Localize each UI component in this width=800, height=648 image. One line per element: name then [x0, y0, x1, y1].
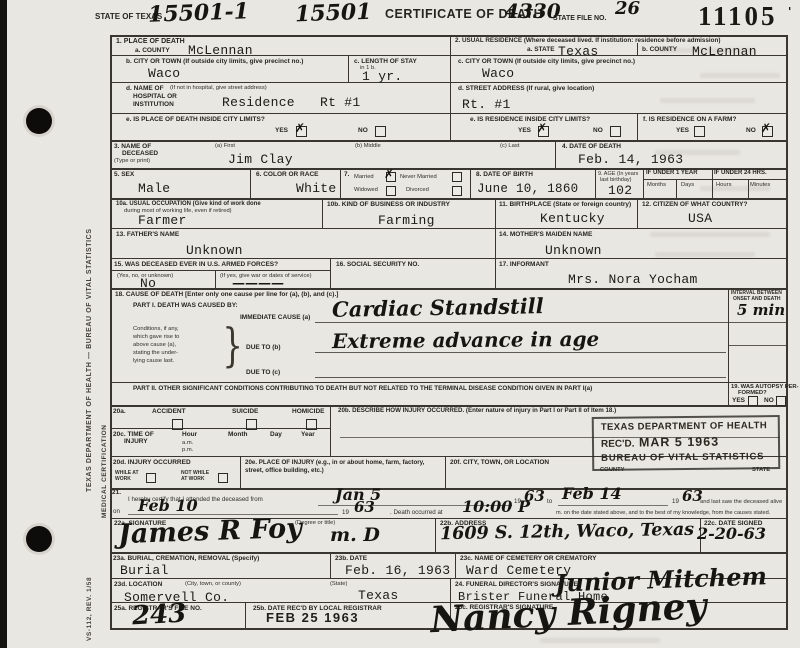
field-18-conditions-line4: stating the under- — [133, 350, 178, 356]
field-14-mother-value: Unknown — [545, 243, 602, 258]
checkbox-place-no — [375, 126, 386, 137]
stamp-line3: BUREAU OF VITAL STATISTICS — [601, 451, 778, 464]
field-2a-state-label: a. STATE — [527, 46, 555, 53]
field-18-part2-label: PART II. OTHER SIGNIFICANT CONDITIONS CO… — [133, 386, 592, 393]
field-3a-first-label: (a) First — [215, 143, 235, 149]
stray-pen-mark: ' — [788, 6, 791, 17]
writing-line — [558, 505, 668, 506]
checkbox-while-at-work — [146, 473, 156, 483]
checkmark-place-yes: ✗ — [295, 121, 305, 135]
field-18-immediate-label: IMMEDIATE CAUSE (a) — [240, 314, 310, 321]
field-7-married-label: Married — [354, 174, 374, 180]
field-20c-month-label: Month — [228, 431, 248, 438]
field-11-birthplace-value: Kentucky — [540, 211, 605, 226]
rule — [330, 552, 331, 578]
field-25b-date-recd-stamp: FEB 25 1963 — [266, 611, 359, 625]
field-2b-county-label: b. COUNTY — [642, 46, 677, 53]
field-3b-middle-label: (b) Middle — [355, 143, 381, 149]
field-5-sex-value: Male — [138, 181, 170, 196]
margin-agency-text: TEXAS DEPARTMENT OF HEALTH — BUREAU OF V… — [86, 228, 93, 492]
checkbox-farm-yes — [694, 126, 705, 137]
field-9-under1-label: IF UNDER 1 YEAR — [646, 170, 698, 177]
field-1a-county-value: McLennan — [188, 43, 253, 58]
rule — [455, 552, 456, 578]
rule — [110, 382, 786, 383]
field-4-date-of-death-label: 4. DATE OF DEATH — [562, 143, 621, 150]
rule — [637, 198, 638, 228]
field-15-dashes: ———— — [232, 277, 284, 290]
field-9-days-label: Days — [681, 182, 694, 188]
field-2e-limits-label: e. IS RESIDENCE INSIDE CITY LIMITS? — [470, 116, 590, 123]
field-10a-occupation-value: Farmer — [138, 213, 187, 228]
field-2d-street-label: d. STREET ADDRESS (If rural, give locati… — [458, 85, 594, 92]
field-1b-city-label: b. CITY OR TOWN (If outside city limits,… — [126, 58, 303, 65]
field-13-father-label: 13. FATHER'S NAME — [116, 231, 179, 238]
field-10b-industry-label: 10b. KIND OF BUSINESS OR INDUSTRY — [327, 201, 450, 208]
field-14-mother-label: 14. MOTHER'S MAIDEN NAME — [499, 231, 592, 238]
field-2a-state-value: Texas — [558, 44, 599, 59]
field-7-widowed-label: Widowed — [354, 187, 378, 193]
handwritten-number-2: 15501 — [295, 1, 372, 26]
checkbox-homicide — [306, 419, 317, 430]
rule — [110, 288, 786, 290]
rule — [240, 456, 241, 488]
field-20e-place-label: 20e. PLACE OF INJURY (e.g., in or about … — [245, 459, 437, 475]
punch-hole-top — [26, 108, 52, 134]
field-3c-last-label: (c) Last — [500, 143, 519, 149]
writing-line — [728, 345, 786, 346]
checkbox-divorced — [452, 186, 462, 196]
field-9-under24-label: IF UNDER 24 HRS. — [714, 170, 767, 177]
field-13-father-value: Unknown — [186, 243, 243, 258]
bleedthrough-mark — [650, 232, 770, 237]
punch-hole-bottom — [26, 526, 52, 552]
checkmark-married: ✗ — [384, 167, 394, 181]
field-2b-county-value: McLennan — [692, 44, 757, 59]
field-21-last-seen-date: Feb 10 — [138, 498, 198, 514]
field-22a-degree-value: m. D — [330, 526, 380, 545]
stamp-line1: TEXAS DEPARTMENT OF HEALTH — [601, 420, 778, 433]
margin-form-number: VS-112, REV. 1/58 — [86, 577, 93, 641]
rule — [495, 198, 496, 288]
checkmark-residence-yes: ✗ — [537, 121, 547, 135]
field-17-informant-label: 17. INFORMANT — [499, 261, 549, 268]
field-23b-date-label: 23b. DATE — [335, 555, 367, 562]
field-15-armed-forces-label: 15. WAS DECEASED EVER IN U.S. ARMED FORC… — [114, 261, 278, 268]
field-23d-state-value: Texas — [358, 588, 399, 603]
rule — [643, 168, 644, 198]
field-1e-yes-label: YES — [275, 127, 288, 134]
checkbox-residence-no — [610, 126, 621, 137]
field-1-title: 1. PLACE OF DEATH — [116, 38, 185, 46]
field-21-to: to — [547, 499, 552, 506]
field-1e-limits-label: e. IS PLACE OF DEATH INSIDE CITY LIMITS? — [126, 116, 265, 123]
rule — [110, 35, 112, 630]
handwritten-number-1: 15501-1 — [148, 0, 250, 26]
field-21-text4: m. on the date stated above, and to the … — [556, 510, 770, 516]
field-21-text2: and last saw the deceased alive — [700, 499, 782, 505]
margin-medical-certification: MEDICAL CERTIFICATION — [101, 424, 108, 518]
field-7-divorced-label: Divorced — [406, 187, 429, 193]
rule — [786, 35, 788, 630]
field-9-minutes-label: Minutes — [750, 182, 770, 188]
field-19-yes-label: YES — [732, 397, 745, 404]
rule — [215, 270, 216, 288]
field-20d-while-label2: WORK — [115, 477, 131, 483]
field-23d-location-label: 23d. LOCATION — [114, 581, 162, 588]
field-23b-date-value: Feb. 16, 1963 — [345, 563, 450, 578]
rule — [595, 168, 596, 198]
field-1b-city-value: Waco — [148, 66, 180, 81]
field-2d-street-value: Rt. #1 — [462, 97, 511, 112]
field-25a-file-no-value: 243 — [131, 601, 187, 630]
field-20d-notwhile-label2: AT WORK — [181, 477, 205, 483]
field-22b-address-value: 1609 S. 12th, Waco, Texas — [440, 522, 694, 544]
field-18-due-b-label: DUE TO (b) — [246, 344, 281, 351]
rule — [676, 179, 677, 198]
field-18-conditions-line2: which gave rise to — [133, 334, 179, 340]
field-18-due-c-label: DUE TO (c) — [246, 369, 280, 376]
rule — [445, 456, 446, 488]
field-2c-city-value: Waco — [482, 66, 514, 81]
field-1d-institution-label: d. NAME OF — [126, 85, 164, 92]
field-18-conditions-line1: Conditions, if any, — [133, 326, 179, 332]
field-2e-yes-label: YES — [518, 127, 531, 134]
rule — [748, 179, 749, 198]
rule — [435, 518, 436, 552]
field-8-dob-label: 8. DATE OF BIRTH — [476, 171, 533, 178]
rule — [245, 602, 246, 629]
field-21-attended-to: Feb 14 — [562, 486, 622, 502]
field-20a-accident-label: ACCIDENT — [152, 408, 186, 415]
field-18-part1-label: PART I. DEATH WAS CAUSED BY: — [133, 302, 238, 309]
field-1e-no-label: NO — [358, 127, 368, 134]
field-18-conditions-line5: lying cause last. — [133, 358, 174, 364]
rule — [340, 168, 341, 198]
stamp-date: MAR 5 1963 — [639, 435, 719, 450]
rule — [637, 113, 638, 140]
field-20f-city-label: 20f. CITY, TOWN, OR LOCATION — [450, 459, 549, 466]
field-2c-city-label: c. CITY OR TOWN (If outside city limits,… — [458, 58, 635, 65]
checkbox-accident — [172, 419, 183, 430]
field-18-cause-b-value: Extreme advance in age — [332, 329, 599, 351]
field-20a-homicide-label: HOMICIDE — [292, 408, 325, 415]
field-8-dob-value: June 10, 1860 — [477, 182, 578, 196]
field-18-cause-a-value: Cardiac Standstill — [332, 295, 544, 320]
field-9-hours-label: Hours — [716, 182, 731, 188]
rule — [348, 55, 349, 82]
handwritten-small-number: 26 — [615, 0, 640, 18]
writing-line — [315, 322, 787, 323]
rule — [330, 258, 331, 288]
field-17-informant-value: Mrs. Nora Yocham — [568, 272, 698, 287]
writing-line — [315, 377, 726, 378]
field-20c-hour-label: Hour — [182, 431, 197, 438]
field-19-no-label: NO — [764, 397, 774, 404]
field-21-text3: . Death occurred at — [390, 510, 443, 517]
rule — [110, 228, 786, 229]
field-23d-state-label: (State) — [330, 581, 347, 587]
bleedthrough-mark — [700, 73, 780, 78]
field-2f-yes-label: YES — [676, 127, 689, 134]
checkbox-widowed — [386, 186, 396, 196]
conditions-brace: } — [222, 322, 242, 368]
field-12-citizen-value: USA — [688, 211, 712, 226]
field-1a-county-label: a. COUNTY — [135, 47, 170, 54]
rule — [110, 113, 786, 114]
field-3-title2: DECEASED — [122, 150, 158, 157]
field-1d-institution-label3: INSTITUTION — [133, 101, 174, 108]
rule — [250, 168, 251, 198]
field-10b-industry-value: Farming — [378, 213, 435, 228]
field-18-conditions-line3: above cause (a), — [133, 342, 176, 348]
death-certificate-scan: TEXAS DEPARTMENT OF HEALTH — BUREAU OF V… — [0, 0, 800, 648]
field-20c-am-label: a.m. — [182, 440, 193, 446]
bleedthrough-mark — [660, 98, 755, 103]
field-23a-burial-value: Burial — [120, 563, 169, 578]
rule — [450, 35, 451, 140]
rule — [728, 288, 729, 405]
state-file-no-label: STATE FILE NO. — [553, 15, 606, 23]
field-20d-injury-occurred-label: 20d. INJURY OCCURRED — [113, 459, 191, 466]
field-18-interval-value: 5 min — [737, 303, 785, 318]
field-20a-num: 20a. — [113, 408, 126, 415]
rule — [555, 140, 556, 168]
field-18-cause-label: 18. CAUSE OF DEATH [Enter only one cause… — [115, 291, 338, 298]
stamp-recd: REC'D. — [601, 439, 635, 450]
field-2f-farm-label: f. IS RESIDENCE ON A FARM? — [643, 116, 736, 123]
field-2e-no-label: NO — [593, 127, 603, 134]
serial-number: 11105 — [698, 2, 778, 32]
field-22c-date-signed-value: 2-20-63 — [697, 526, 766, 542]
rule — [110, 140, 786, 142]
rule — [110, 82, 786, 83]
field-7-never-married-label: Never Married — [400, 174, 437, 180]
rule — [110, 258, 786, 259]
field-1d-institution-value: Residence — [222, 95, 295, 110]
field-20c-pm-label: p.m. — [182, 447, 193, 453]
bleedthrough-mark — [655, 252, 755, 257]
field-6-race-label: 6. COLOR OR RACE — [256, 171, 318, 178]
field-3-name-value: Jim Clay — [228, 152, 293, 167]
field-9-months-label: Months — [647, 182, 666, 188]
field-20c-year-label: Year — [301, 431, 315, 438]
rule — [110, 198, 786, 200]
rule — [110, 270, 330, 271]
checkbox-never-married — [452, 172, 462, 182]
field-15-value: No — [140, 276, 156, 291]
received-stamp: TEXAS DEPARTMENT OF HEALTH REC'D. MAR 5 … — [592, 415, 781, 471]
field-5-sex-label: 5. SEX — [114, 171, 134, 178]
rule — [470, 168, 471, 198]
field-7-num: 7. — [344, 171, 349, 178]
checkbox-autopsy-no — [776, 396, 786, 406]
field-2f-no-label: NO — [746, 127, 756, 134]
field-4-date-of-death-value: Feb. 14, 1963 — [578, 152, 683, 167]
bleedthrough-mark — [540, 638, 660, 643]
checkbox-autopsy-yes — [748, 396, 758, 406]
physician-signature: James R Foy — [118, 515, 303, 548]
field-21-death-time: 10:00 P — [462, 499, 530, 515]
rule — [110, 428, 330, 429]
field-23a-burial-label: 23a. BURIAL, CREMATION, REMOVAL (Specify… — [113, 555, 259, 562]
field-9-age-value: 102 — [608, 183, 632, 198]
field-12-citizen-label: 12. CITIZEN OF WHAT COUNTRY? — [642, 201, 747, 208]
scan-edge — [0, 0, 7, 648]
rule — [643, 179, 786, 180]
rule — [712, 168, 713, 198]
field-11-birthplace-label: 11. BIRTHPLACE (State or foreign country… — [499, 201, 631, 208]
field-16-ssn-label: 16. SOCIAL SECURITY NO. — [336, 261, 419, 268]
checkmark-farm-no: ✗ — [761, 121, 771, 135]
field-20c-day-label: Day — [270, 431, 282, 438]
rule — [330, 405, 331, 456]
checkbox-not-while-at-work — [218, 473, 228, 483]
field-20b-describe-label: 20b. DESCRIBE HOW INJURY OCCURRED. (Ente… — [338, 408, 616, 415]
rule — [110, 552, 786, 554]
field-1d-institution-value2: Rt #1 — [320, 95, 361, 110]
field-1d-institution-label2: HOSPITAL OR — [133, 93, 177, 100]
field-21-year3: 63 — [354, 500, 375, 515]
stamp-line2: REC'D. MAR 5 1963 — [601, 432, 778, 452]
field-6-race-value: White — [296, 181, 337, 196]
field-21-num: 21. — [112, 489, 121, 496]
field-10a-occupation-label: 10a. USUAL OCCUPATION (Give kind of work… — [116, 201, 261, 208]
field-20a-suicide-label: SUICIDE — [232, 408, 258, 415]
field-23d-city-label: (City, town, or county) — [185, 581, 241, 587]
field-3-title3: (Type or print) — [114, 158, 150, 164]
field-1c-los-value: 1 yr. — [362, 69, 403, 84]
checkbox-suicide — [246, 419, 257, 430]
field-21-on: on — [113, 509, 120, 516]
field-20c-time-label2: INJURY — [124, 438, 148, 445]
field-1d-institution-paren: (If not in hospital, give street address… — [170, 85, 267, 91]
field-21-19b: 19 — [672, 499, 679, 506]
field-21-19c: 19 — [342, 510, 349, 517]
rule — [322, 198, 323, 228]
field-23c-cemetery-label: 23c. NAME OF CEMETERY OR CREMATORY — [460, 555, 596, 562]
